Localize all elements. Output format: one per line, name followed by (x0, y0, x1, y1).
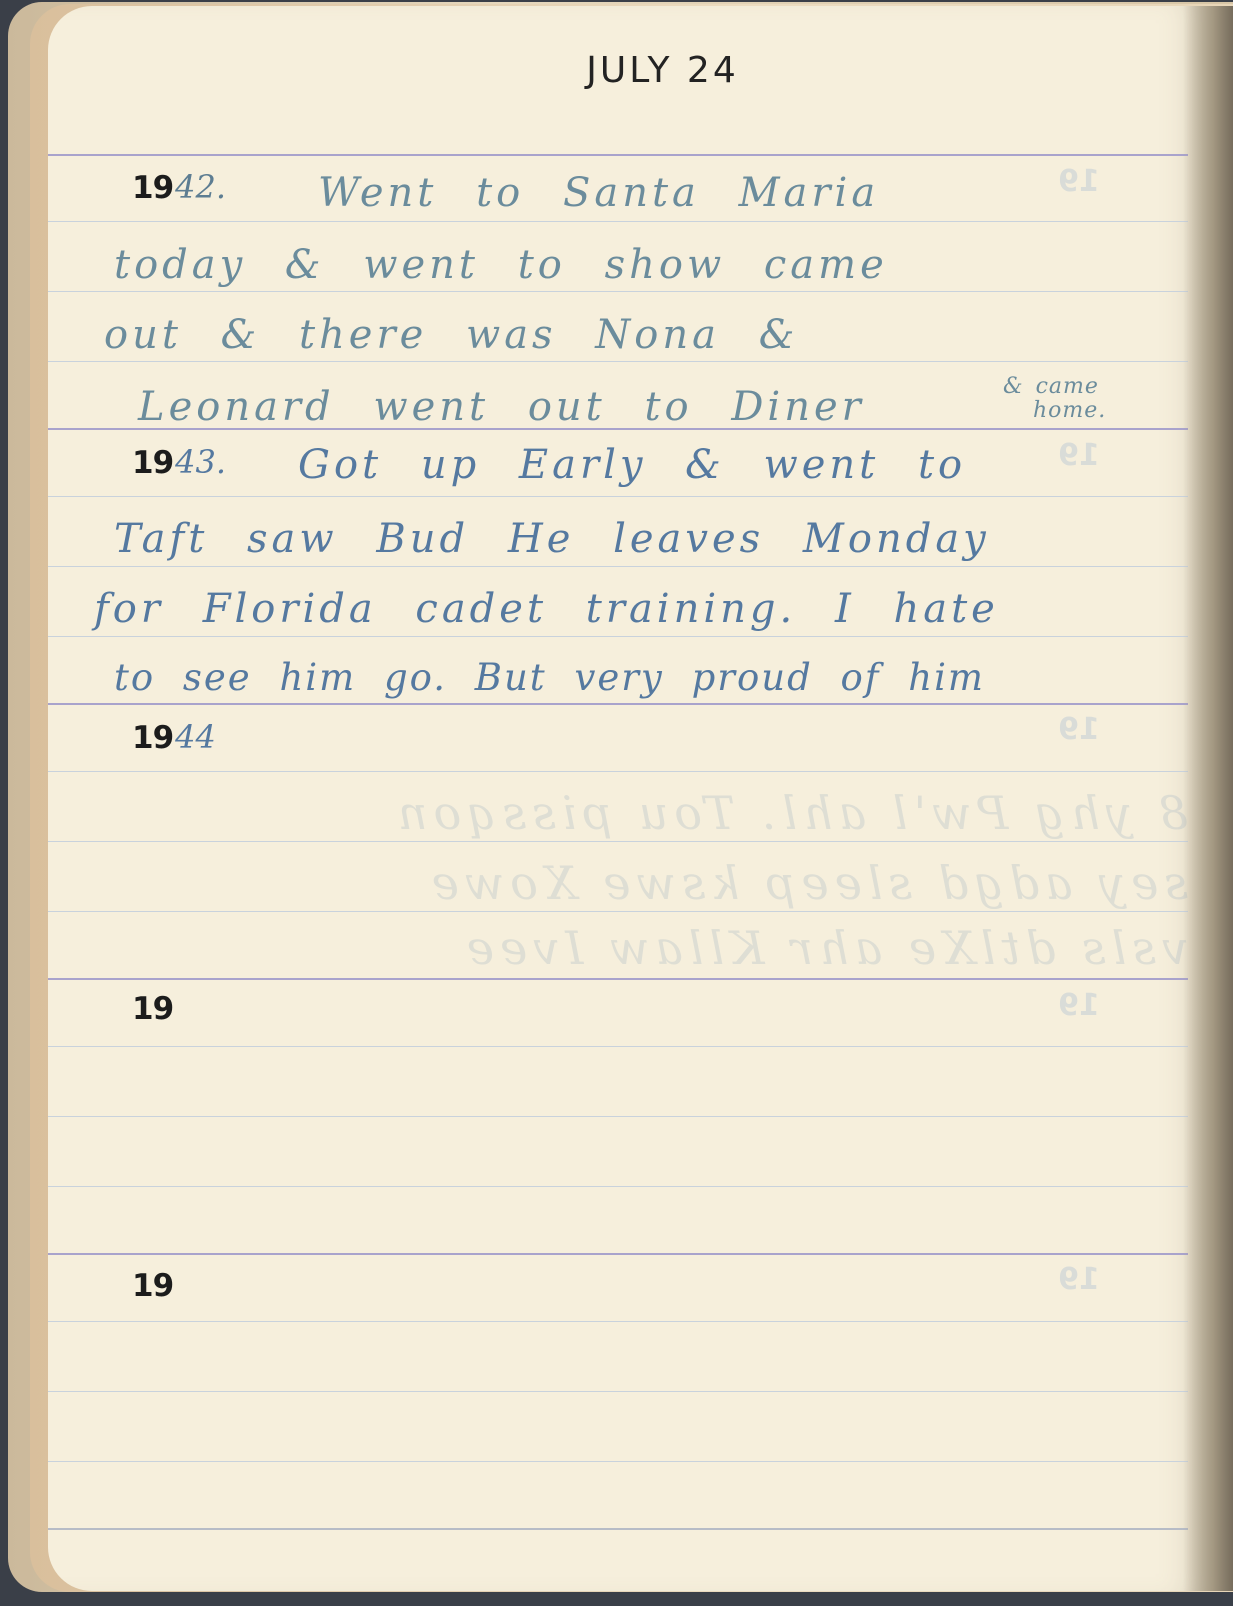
printed-year-prefix: 19 (132, 991, 173, 1027)
entry-year-1943: 19 43. (132, 443, 226, 481)
entry-year-blank-2: 19 (132, 1268, 175, 1304)
show-through-year-mark: 19 (1058, 988, 1100, 1023)
sub-rule (48, 1186, 1188, 1187)
show-through-year-mark: 19 (1058, 164, 1100, 199)
sub-rule (48, 221, 1188, 222)
sub-rule (48, 636, 1188, 637)
entry-1942-line-3: out & there was Nona & (104, 312, 798, 358)
entry-1943-line-1: Got up Early & went to (298, 442, 966, 488)
printed-year-prefix: 19 (132, 170, 173, 206)
sub-rule (48, 1046, 1188, 1047)
show-through-text: sey adgd sleep kswe Xowe (108, 856, 1188, 910)
sub-rule (48, 361, 1188, 362)
binding-gutter-shadow (1183, 6, 1233, 1591)
entry-year-1942: 19 42. (132, 168, 226, 206)
entry-year-1944: 19 44 (132, 718, 216, 756)
entry-1942-line-4: Leonard went out to Diner (138, 384, 865, 430)
section-rule (48, 978, 1188, 980)
handwritten-year-suffix: 44 (175, 718, 216, 756)
entry-1942-line-1: Went to Santa Maria (318, 170, 879, 216)
entry-1942-insertion-2: home. (1033, 400, 1106, 422)
show-through-year-mark: 19 (1058, 1262, 1100, 1297)
printed-year-prefix: 19 (132, 445, 173, 481)
printed-year-prefix: 19 (132, 1268, 173, 1304)
show-through-text: 8 yhg Pw'l ahl. Tou pissqon (108, 786, 1188, 840)
handwritten-year-suffix: 42. (175, 168, 226, 206)
sub-rule (48, 1391, 1188, 1392)
section-rule (48, 1253, 1188, 1255)
entry-1942-insertion-1: & came (1003, 376, 1099, 398)
sub-rule (48, 291, 1188, 292)
sub-rule (48, 1461, 1188, 1462)
sub-rule (48, 566, 1188, 567)
entry-1943-line-2: Taft saw Bud He leaves Monday (114, 516, 990, 562)
sub-rule (48, 496, 1188, 497)
diary-page: JULY 24 19 19 19 19 19 8 yhg Pw'l ahl. T… (48, 6, 1233, 1591)
sub-rule (48, 1116, 1188, 1117)
entry-1943-line-3: for Florida cadet training. I hate (94, 586, 999, 632)
show-through-year-mark: 19 (1058, 438, 1100, 473)
entry-year-blank-1: 19 (132, 991, 175, 1027)
page-date-header: JULY 24 (48, 50, 1233, 91)
sub-rule (48, 911, 1188, 912)
show-through-text: vsls dtlXe ahr Kllaw Ivee (108, 921, 1188, 975)
sub-rule (48, 1321, 1188, 1322)
sub-rule (48, 841, 1188, 842)
sub-rule (48, 771, 1188, 772)
printed-year-prefix: 19 (132, 720, 173, 756)
section-rule (48, 703, 1188, 705)
section-rule (48, 154, 1188, 156)
bottom-rule (48, 1528, 1188, 1530)
entry-1942-line-2: today & went to show came (114, 242, 888, 288)
handwritten-year-suffix: 43. (175, 443, 226, 481)
show-through-year-mark: 19 (1058, 712, 1100, 747)
entry-1943-line-4: to see him go. But very proud of him (114, 656, 985, 699)
